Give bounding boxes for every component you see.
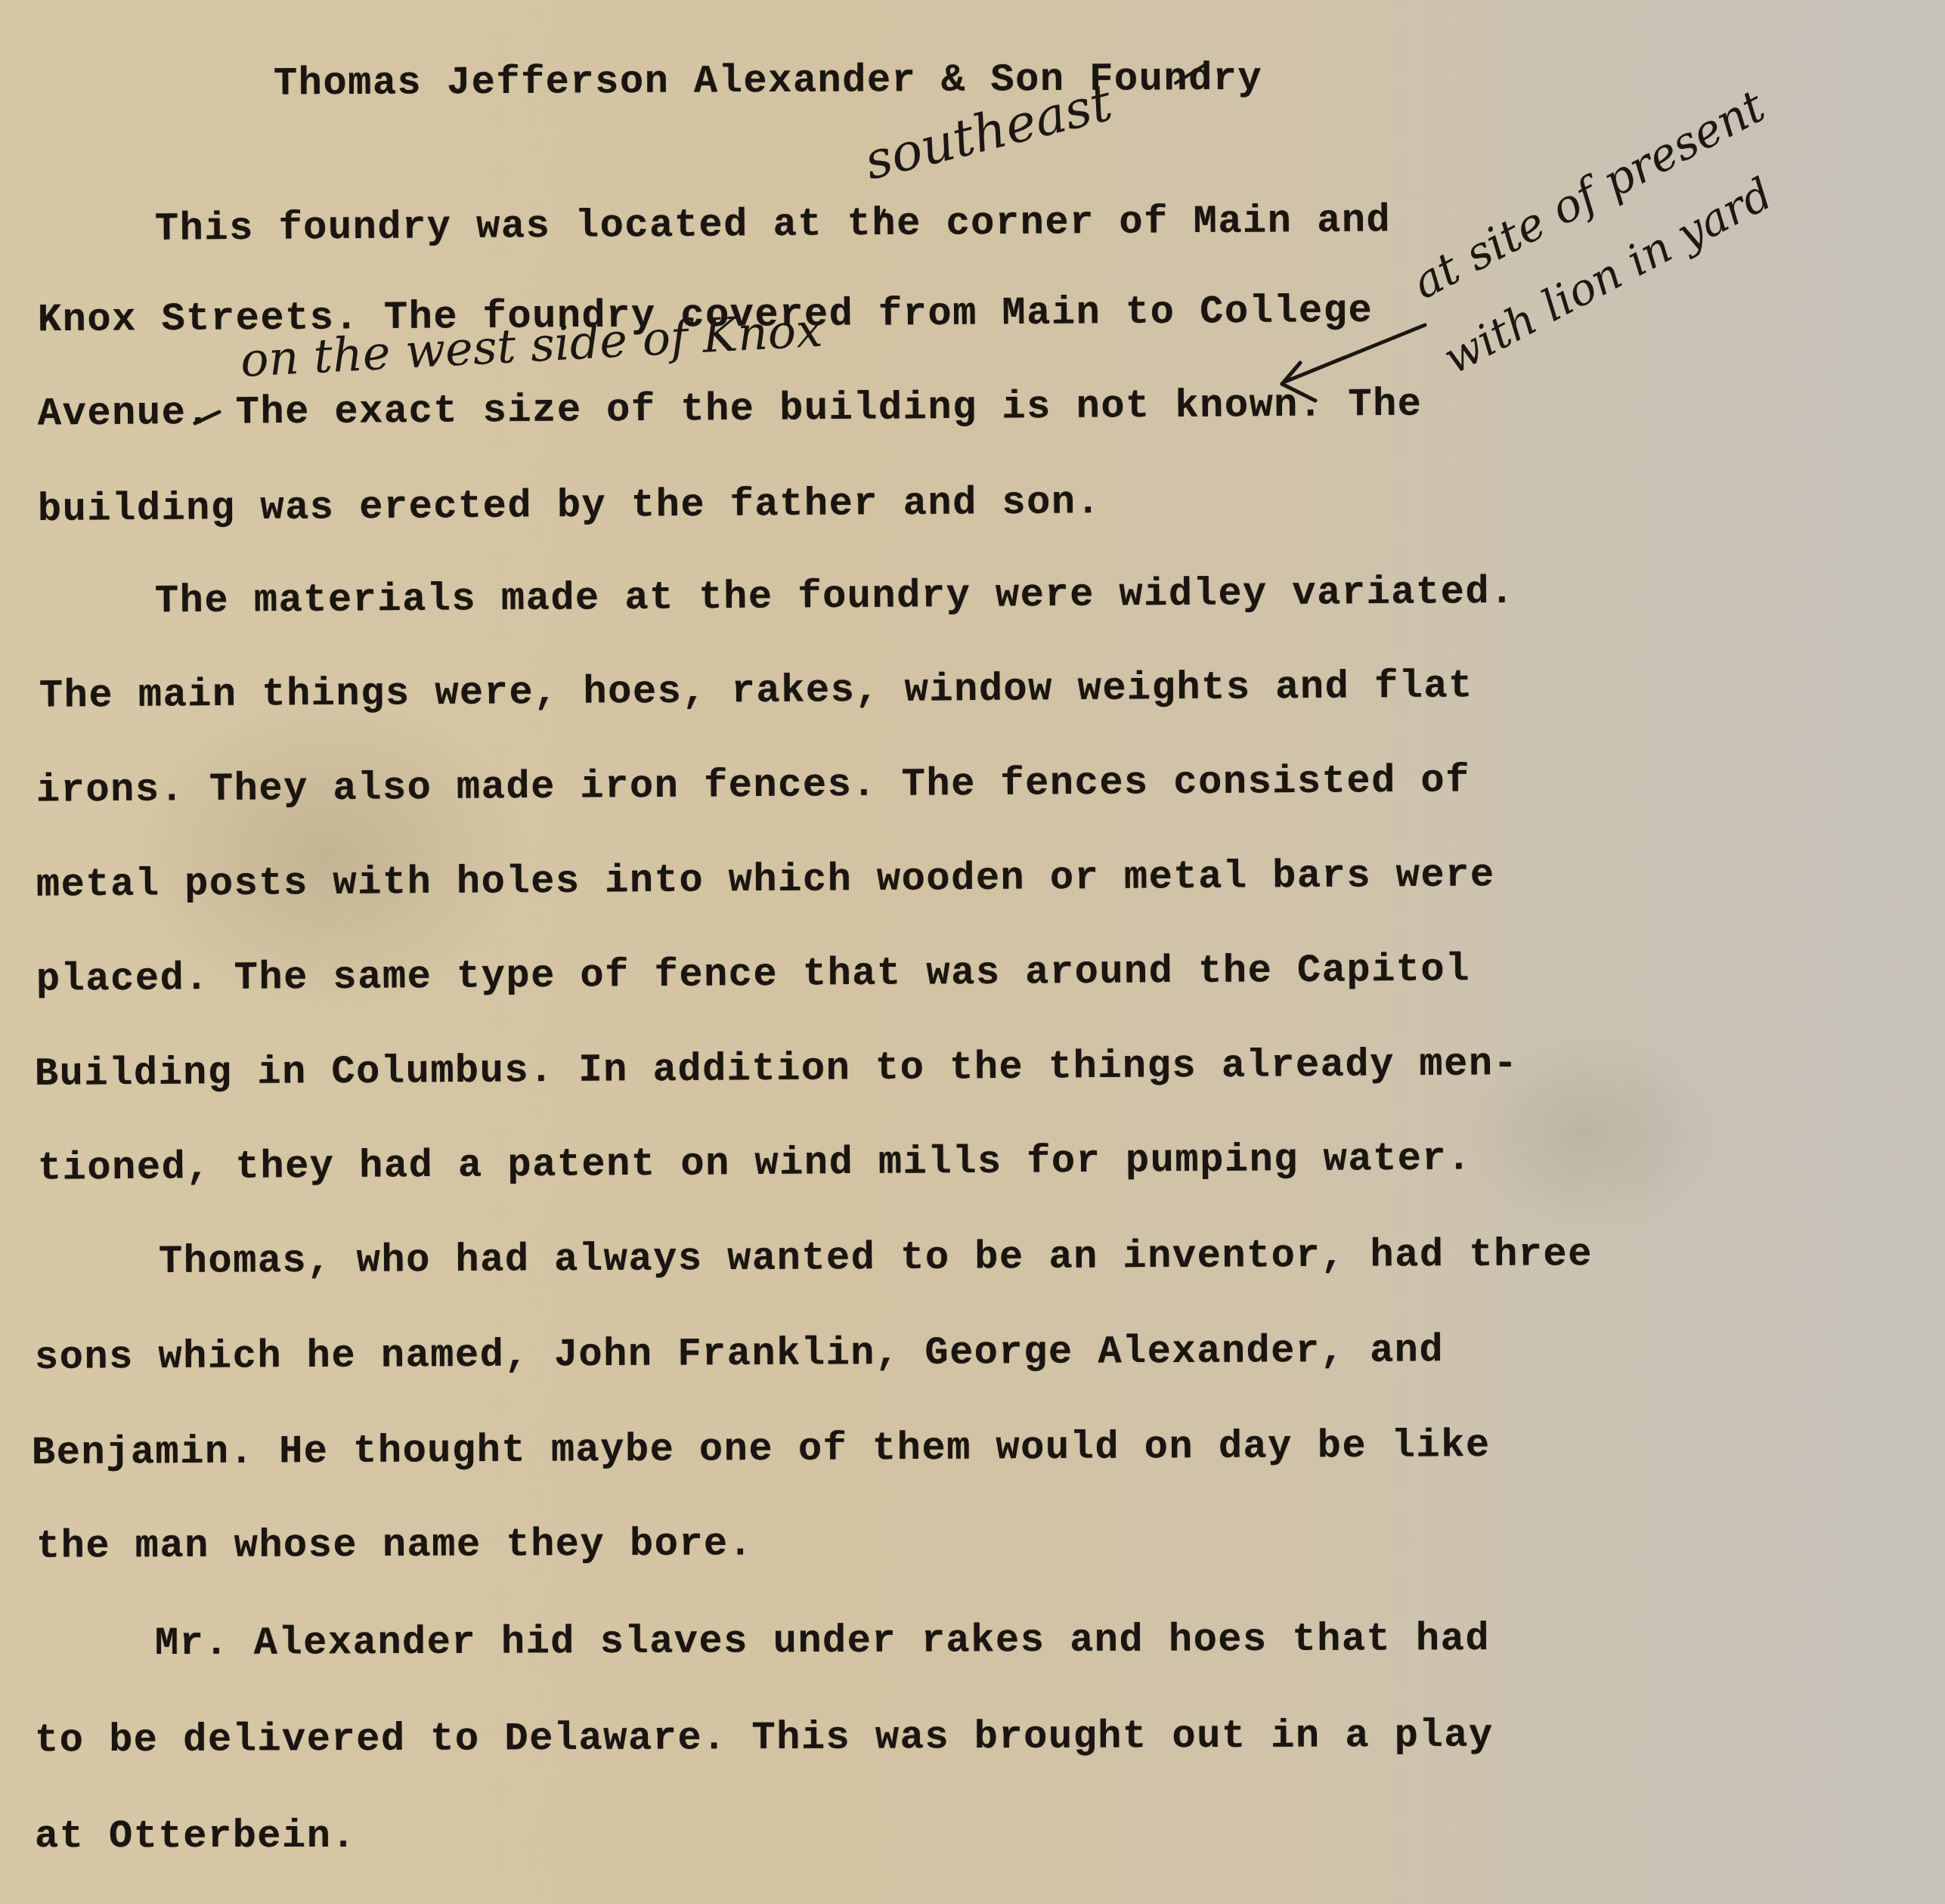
handwritten-arrow-icon xyxy=(0,0,1945,1904)
document-page: Thomas Jefferson Alexander & Son Foundry… xyxy=(0,0,1945,1904)
